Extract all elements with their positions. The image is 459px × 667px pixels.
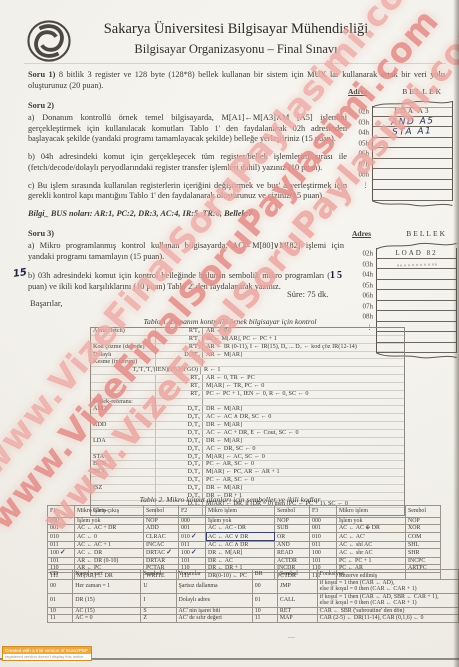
- memory-row: 02hLDA A3: [344, 106, 453, 117]
- cdbr-cell: MAP: [277, 615, 317, 622]
- table2-cell: 100: [310, 549, 337, 558]
- table1-row: ADDD₁T₄DR ← M[AR]: [91, 421, 404, 429]
- cdbr-cell: U: [141, 580, 176, 594]
- cdbr-row: 11AC = 0ZAC' de sıfır değeri11MAPCAR (2-…: [48, 615, 459, 622]
- table1-label: Kod çözme (decode): [91, 344, 156, 351]
- table1-label: STA: [91, 454, 156, 461]
- table1-label: BSA: [91, 469, 156, 476]
- cdbr-cell: if koşul = 1 then (CAR ← AD, SBR ← CAR +…: [317, 593, 458, 607]
- cdbr-cell: AC' de sıfır değeri: [176, 615, 252, 622]
- table1-signal: D₆T₅: [156, 493, 203, 500]
- exam-paper: www.VizeFinalSoruPaylasimi.com www.VizeF…: [0, 0, 459, 667]
- table1-label: ADD: [91, 422, 156, 429]
- university-logo-icon: [26, 19, 72, 63]
- table2-row: 001AC ← AC + DRADD001AC ← AC - DRSUB001A…: [48, 525, 441, 532]
- table1-signal: D₂T₅: [156, 446, 203, 453]
- table1-operation: M[AR] ← TR, PC ← 0: [203, 383, 404, 390]
- table1-operation: AR ← IR (0-11), I ← IR(15), D₀ ... D₇ ← …: [203, 344, 404, 351]
- table2-cell: İşlem yok: [206, 518, 275, 525]
- memory-cell: [376, 259, 457, 270]
- question-2c-text: c) Bu işlem sırasında kullanılan registe…: [28, 181, 347, 203]
- table2-header: Mikro işlem: [75, 506, 144, 518]
- table1-signal: D₇'IT₃: [156, 352, 203, 359]
- cdbr-cell: 01: [252, 593, 277, 607]
- memory-row: 07h: [344, 159, 453, 170]
- table1-row: D₅T₅PC ← AR, SC ← 0: [91, 476, 404, 484]
- table1-row: R'T₁IR ← M[AR], PC ← PC + 1: [91, 335, 404, 343]
- cdbr-cell: CAR (2-5) ← DR(11-14), CAR (0,1,6) ← 0: [317, 615, 458, 622]
- trial-version-notice: Created with a trial version of Scan2PDF…: [2, 646, 92, 661]
- condition-branch-table: CDKoşul - şartSembolYorumlarBRSembolFonk…: [47, 569, 459, 623]
- table2-cell: OR: [275, 532, 310, 541]
- header-divider: [24, 63, 446, 64]
- table1-signal: [156, 359, 203, 366]
- memory-value: LOAD 82: [395, 249, 437, 257]
- table1-signal: RT₂: [156, 391, 203, 398]
- table2-header: F1: [48, 506, 75, 518]
- table1-label: [91, 391, 156, 398]
- table1-operation: IR ← M[AR], PC ← PC + 1: [203, 336, 404, 343]
- table2-cell: PC ← PC + 1: [337, 557, 406, 564]
- table1-label: [91, 375, 156, 382]
- table1-operation: AR ← PC: [203, 328, 404, 335]
- adres-label: Adres: [348, 87, 367, 96]
- table2-cell: ACTDR: [275, 557, 310, 564]
- memory-value: LDA A3: [395, 107, 431, 115]
- memory-address: [344, 192, 372, 203]
- scan-edge-right: [453, 0, 459, 667]
- cdbr-cell: CAR ← SBR ('subroutine' den dön): [317, 607, 458, 614]
- memory-table-q3-header: Adres BELLEK: [348, 229, 457, 238]
- memory-row: ⋮: [344, 180, 453, 191]
- table1-operation: DR ← M[AR]: [203, 438, 404, 445]
- table2-cell: NOP: [275, 518, 310, 525]
- table1-operation: PC ← AR, SC ← 0: [203, 477, 404, 484]
- table1-signal: D₅T₅: [156, 477, 203, 484]
- table1-row: Kesme (interrupt): [91, 358, 404, 366]
- table1-label: [91, 336, 156, 343]
- memory-cell: LDA A3: [372, 106, 453, 117]
- table2-cell: AC ← AC ∧ DR: [206, 541, 275, 548]
- table1-row: D₀T₅AC ← AC ∧ DR, SC ← 0: [91, 413, 404, 421]
- table2-cell: 101: [310, 557, 337, 564]
- memory-address: 04h: [348, 271, 376, 282]
- table2-row: 100✓AC ← DRDRTAC✓100✓DR ← M[AR]READ100AC…: [48, 549, 441, 558]
- question-3-label: Soru 3): [28, 229, 344, 240]
- table1-signal: D₁T₅: [156, 430, 203, 437]
- table2-cell: İşlem yok: [75, 518, 144, 525]
- handwritten-points-mark: 15: [330, 270, 344, 281]
- table2-cell: XOR: [406, 525, 441, 532]
- table1-operation: AC ← DR, SC ← 0: [203, 446, 404, 453]
- memory-row: 05h: [348, 280, 457, 291]
- table1-operation: PC ← AR, SC ← 0: [203, 461, 404, 468]
- table1-label: Bellek-referans:: [91, 399, 156, 406]
- table2-cell: 100✓: [179, 549, 206, 558]
- question-3a-text: a) Mikro programlanmış kontrol kullanan …: [28, 241, 344, 263]
- cdbr-cell: 10: [252, 607, 277, 614]
- table1-row: RT₂PC ← PC + 1, IEN ← 0, R ← 0, SC ← 0: [91, 390, 404, 398]
- table2-cell: 000: [179, 518, 206, 525]
- table1-signal: D₅T₄: [156, 469, 203, 476]
- trial-notice-line1: Created with a trial version of Scan2PDF: [3, 647, 91, 654]
- wave-border-bottom: [372, 200, 453, 210]
- memory-row: 08h: [348, 311, 457, 322]
- cdbr-header: Sembol: [277, 570, 317, 580]
- table1-label: [91, 383, 156, 390]
- table1-operation: M[AR] ← AC, SC ← 0: [203, 454, 404, 461]
- table2-cell: SHL: [406, 541, 441, 548]
- table1-row: DolaylıD₇'IT₃AR ← M[AR]: [91, 351, 404, 359]
- table1-signal: D₀T₅: [156, 414, 203, 421]
- table2-cell: AC ← AC': [337, 532, 406, 541]
- table2-cell: AC ← AC - DR: [206, 525, 275, 532]
- memory-cell: [372, 180, 453, 191]
- table2-cell: AC ← AC ∨ DR: [206, 532, 275, 541]
- memory-address: 07h: [348, 302, 376, 313]
- table2-header: Sembol: [406, 506, 441, 518]
- memory-row: 07h: [348, 301, 457, 312]
- table2-cell: NOP: [144, 518, 179, 525]
- table1-row: RT₁M[AR] ← TR, PC ← 0: [91, 382, 404, 390]
- table1-signal: D₃T₄: [156, 454, 203, 461]
- memory-row: 08h: [344, 169, 453, 180]
- table2-cell: CLRAC: [144, 532, 179, 541]
- memory-row: 04hSTA A1: [344, 127, 453, 138]
- cdbr-header: Fonksiyon: [317, 570, 458, 580]
- memory-cell: [372, 138, 453, 149]
- table1-operation: DR ← M[AR]: [203, 422, 404, 429]
- table2-cell: 101: [48, 557, 75, 564]
- handwritten-check-mark: ✓: [191, 532, 197, 540]
- trial-notice-line2: registered version doesn't display this …: [3, 654, 91, 660]
- cdbr-header: Yorumlar: [176, 570, 252, 580]
- memory-cell: STA A1: [372, 127, 453, 138]
- cdbr-cell: Her zaman = 1: [73, 580, 141, 594]
- memory-address: 07h: [344, 160, 372, 171]
- cdbr-cell: 11: [252, 615, 277, 622]
- table2-row: 011AC ← AC + 1INCAC011AC ← AC ∧ DRAND011…: [48, 541, 441, 548]
- table2-cell: İşlem yok: [337, 518, 406, 525]
- memory-address: 02h: [344, 108, 372, 119]
- table2-cell: 011: [310, 541, 337, 548]
- table1-signal: D₄T₄: [156, 461, 203, 468]
- memory-row: 03hAND A5: [344, 117, 453, 128]
- table1-label: [91, 446, 156, 453]
- table1-signal: RT₁: [156, 383, 203, 390]
- memory-address: 02h: [348, 250, 376, 261]
- memory-cell: LOAD 82: [376, 248, 457, 259]
- table2-header: Mikro işlem: [206, 506, 275, 518]
- cdbr-cell: 00: [48, 580, 73, 594]
- table2-cell: AC ← AC + 1: [75, 541, 144, 548]
- cdbr-header: CD: [48, 570, 73, 580]
- cdbr-cell: AC (15): [73, 607, 141, 614]
- table1-label: Dolaylı: [91, 352, 156, 359]
- table2-cell: ADD: [144, 525, 179, 532]
- table2-cell: 001: [48, 525, 75, 532]
- cdbr-cell: 00: [252, 580, 277, 594]
- question-2b-text: b) 04h adresindeki komut için gerçekleşe…: [28, 152, 347, 174]
- memory-cell: AND A5: [372, 117, 453, 128]
- cdbr-row: 00Her zaman = 1UŞartsız dallanma00JMPif …: [48, 580, 459, 594]
- cdbr-header-row: CDKoşul - şartSembolYorumlarBRSembolFonk…: [48, 570, 459, 580]
- table1-label: ISZ: [91, 485, 156, 492]
- memory-address: 05h: [344, 139, 372, 150]
- table1-signal: R'T₂: [156, 344, 203, 351]
- table2-cell: AC ← 0: [75, 532, 144, 541]
- table1-row: Bellek-referans:: [91, 398, 404, 406]
- table2-cell: AC ← AC + DR: [75, 525, 144, 532]
- memory-row: 06h: [348, 290, 457, 301]
- table1-row: RT₀AR ← 0, TR ← PC: [91, 374, 404, 382]
- memory-cell: [372, 169, 453, 180]
- table1-row: Kod çözme (decode)R'T₂AR ← IR (0-11), I …: [91, 343, 404, 351]
- table1-signal: T₀'T₁'T₂'(IEN)(FGI+FGO): [91, 367, 201, 374]
- table1-row: D₆T₅DR ← DR + 1: [91, 492, 404, 500]
- memory-address: 06h: [348, 292, 376, 303]
- table2-cell: 001: [310, 525, 337, 532]
- memory-table-q2: Adres BELLEK 02hLDA A303hAND A504hSTA A1…: [344, 87, 453, 210]
- memory-row: 04h: [348, 269, 457, 280]
- memory-cell: [376, 301, 457, 312]
- memory-table-q2-header: Adres BELLEK: [344, 87, 453, 96]
- memory-cell: [372, 148, 453, 159]
- cdbr-cell: RET: [277, 607, 317, 614]
- table1-row: BSAD₅T₄M[AR] ← PC, AR ← AR + 1: [91, 468, 404, 476]
- memory-row: 03h: [348, 259, 457, 270]
- cdbr-header: BR: [252, 570, 277, 580]
- table2-row: 000İşlem yokNOP000İşlem yokNOP000İşlem y…: [48, 518, 441, 525]
- table1-label: [91, 430, 156, 437]
- table1-signal: R'T₀: [156, 328, 203, 335]
- table1-operation: R ← 1: [201, 367, 404, 374]
- handwritten-check-mark: ✓: [60, 548, 66, 556]
- table1-operation: DR ← DR + 1: [203, 493, 404, 500]
- adres-label: Adres: [352, 229, 371, 238]
- question-2: Soru 2) a) Donanım kontrollü örnek temel…: [28, 101, 347, 220]
- table1-row: ANDD₀T₄DR ← M[AR]: [91, 405, 404, 413]
- table2-header: Sembol: [275, 506, 310, 518]
- memory-address: 08h: [344, 171, 372, 182]
- table1-label: LDA: [91, 438, 156, 445]
- table2-header-row: F1Mikro işlemSembolF2Mikro işlemSembolF3…: [48, 506, 441, 518]
- table2-cell: AC ← shr AC: [337, 549, 406, 558]
- memory-cell: [376, 290, 457, 301]
- cdbr-cell: if koşul = 1 then (CAR ← AD), else if ko…: [317, 580, 458, 594]
- cdbr-cell: 11: [48, 615, 73, 622]
- table1-label: BUN: [91, 461, 156, 468]
- table1-label: Kesme (interrupt): [91, 359, 156, 366]
- cdbr-cell: CALL: [277, 593, 317, 607]
- memory-address: 03h: [344, 118, 372, 129]
- memory-address: ⋮: [344, 181, 372, 192]
- page-subtitle: Bilgisayar Organizasyonu – Final Sınavı: [78, 42, 394, 57]
- table1-signal: D₆T₄: [156, 485, 203, 492]
- control-table-1: Alma (fetch)R'T₀AR ← PCR'T₁IR ← M[AR], P…: [90, 327, 405, 516]
- memory-rows: 02hLDA A303hAND A504hSTA A105h06h07h08h⋮: [344, 106, 453, 201]
- table2-cell: DRTAR: [144, 557, 179, 564]
- memory-address: 05h: [348, 281, 376, 292]
- table1-operation: DR ← M[AR]: [203, 406, 404, 413]
- table2-cell: INCPC: [406, 557, 441, 564]
- cdbr-cell: Dolaylı adres: [176, 593, 252, 607]
- table1-label: AND: [91, 406, 156, 413]
- memory-row: 06h: [344, 148, 453, 159]
- question-2a-text: a) Donanım kontrollü örnek temel bilgisa…: [28, 113, 347, 145]
- table2-cell: 010: [310, 532, 337, 541]
- table1-row: D₁T₅AC ← AC + DR, E ← Cout, SC ← 0: [91, 429, 404, 437]
- table2-row: 101AR ← DR (0-10)DRTAR101DR ← ACACTDR101…: [48, 557, 441, 564]
- question-2-label: Soru 2): [28, 101, 347, 112]
- table1-row: Alma (fetch)R'T₀AR ← PC: [91, 328, 404, 335]
- memory-cell: [372, 190, 453, 201]
- table1-label: [91, 414, 156, 421]
- table1-label: Alma (fetch): [91, 328, 156, 335]
- table2-cell: AND: [275, 541, 310, 548]
- table1-signal: [156, 399, 203, 406]
- table1-row: BUND₄T₄PC ← AR, SC ← 0: [91, 460, 404, 468]
- table2-cell: DR ← AC: [206, 557, 275, 564]
- table2-cell: SHR: [406, 549, 441, 558]
- handwritten-value: AND A5: [391, 117, 435, 128]
- table2-cell: DR ← M[AR]: [206, 549, 275, 558]
- handwritten-check-mark: ✓: [166, 548, 172, 556]
- cdbr-row: 01DR (15)IDolaylı adres01CALLif koşul = …: [48, 593, 459, 607]
- table1-signal: D₁T₄: [156, 422, 203, 429]
- table1-operation: DR ← M[AR]: [203, 485, 404, 492]
- table1-signal: D₂T₄: [156, 438, 203, 445]
- table1-signal: R'T₁: [156, 336, 203, 343]
- handwritten-margin-note: 15: [12, 267, 27, 280]
- memory-cell: [376, 311, 457, 322]
- table1-signal: D₀T₄: [156, 406, 203, 413]
- memory-row: [344, 190, 453, 201]
- table1-row: T₀'T₁'T₂'(IEN)(FGI+FGO)R ← 1: [91, 366, 404, 374]
- memory-cell: [372, 159, 453, 170]
- cdbr-cell: AC = 0: [73, 615, 141, 622]
- table2-cell: 000: [310, 518, 337, 525]
- cdbr-cell: I: [141, 593, 176, 607]
- table1-operation: AC ← AC ∧ DR, SC ← 0: [203, 414, 404, 421]
- cdbr-cell: 01: [48, 593, 73, 607]
- table2-cell: 010: [48, 532, 75, 541]
- table1-row: ISZD₆T₄DR ← M[AR]: [91, 484, 404, 492]
- table2-cell: SUB: [275, 525, 310, 532]
- table1-operation: AR ← 0, TR ← PC: [203, 375, 404, 382]
- cdbr-cell: Şartsız dallanma: [176, 580, 252, 594]
- cdbr-row: 10AC (15)SAC' nin işaret biti10RETCAR ← …: [48, 607, 459, 614]
- table1-row: STAD₃T₄M[AR] ← AC, SC ← 0: [91, 453, 404, 461]
- faint-pencil-mark: [396, 259, 436, 266]
- cdbr-cell: JMP: [277, 580, 317, 594]
- duration-text: Süre: 75 dk.: [287, 289, 328, 299]
- table1-signal: RT₀: [156, 375, 203, 382]
- memory-row: 02hLOAD 82: [348, 248, 457, 259]
- cdbr-header: Sembol: [141, 570, 176, 580]
- footer-mark: —: [288, 633, 295, 641]
- memory-row: 05h: [344, 138, 453, 149]
- memory-address: 04h: [344, 129, 372, 140]
- table1-operation: PC ← PC + 1, IEN ← 0, R ← 0, SC ← 0: [203, 391, 404, 398]
- table1-operation: M[AR] ← PC, AR ← AR + 1: [203, 469, 404, 476]
- question-1-label: Soru 1): [28, 70, 55, 79]
- table2-cell: AR ← DR (0-10): [75, 557, 144, 564]
- table2-cell: READ: [275, 549, 310, 558]
- page-title: Sakarya Üniversitesi Bilgisayar Mühendis…: [78, 21, 394, 38]
- table2-header: F2: [179, 506, 206, 518]
- table1-operation: AR ← M[AR]: [203, 352, 404, 359]
- table2-cell: COM: [406, 532, 441, 541]
- bus-info-note: Bilgi_ BUS noları: AR:1, PC:2, DR:3, AC:…: [28, 209, 347, 220]
- table2-header: Mikro işlem: [337, 506, 406, 518]
- table2-cell: 000: [48, 518, 75, 525]
- table2-cell: DRTAC✓: [144, 549, 179, 558]
- table1-row: D₂T₅AC ← DR, SC ← 0: [91, 445, 404, 453]
- bellek-label: BELLEK: [406, 229, 447, 238]
- table1-row: LDAD₂T₄DR ← M[AR]: [91, 437, 404, 445]
- memory-cell: [376, 269, 457, 280]
- memory-address: 06h: [344, 150, 372, 161]
- table2-cell: 101: [179, 557, 206, 564]
- table2-cell: AC ← AC ⊕ DR: [337, 525, 406, 532]
- memory-address: 08h: [348, 313, 376, 324]
- bellek-label: BELLEK: [402, 87, 443, 96]
- cdbr-cell: AC' nin işaret biti: [176, 607, 252, 614]
- table2-cell: 010✓: [179, 532, 206, 541]
- cdbr-header: Koşul - şart: [73, 570, 141, 580]
- table2-cell: 100✓: [48, 549, 75, 558]
- table1-operation: AC ← AC + DR, E ← Cout, SC ← 0: [203, 430, 404, 437]
- table2-cell: AC ← shl AC: [337, 541, 406, 548]
- table2-cell: NOP: [406, 518, 441, 525]
- table1-label: [91, 477, 156, 484]
- table2-header: F3: [310, 506, 337, 518]
- handwritten-check-mark: ✓: [191, 548, 197, 556]
- memory-address: 03h: [348, 260, 376, 271]
- table2-header: Sembol: [144, 506, 179, 518]
- good-luck-text: Başarılar,: [30, 298, 62, 308]
- table2-row: 010AC ← 0CLRAC010✓AC ← AC ∨ DROR010AC ← …: [48, 532, 441, 541]
- cdbr-cell: S: [141, 607, 176, 614]
- handwritten-value: STA A1: [392, 127, 433, 138]
- table2-cell: INCAC: [144, 541, 179, 548]
- cdbr-cell: Z: [141, 615, 176, 622]
- table2-cell: AC ← DR: [75, 549, 144, 558]
- memory-cell: [376, 280, 457, 291]
- cdbr-cell: 10: [48, 607, 73, 614]
- table1-label: [91, 493, 156, 500]
- cdbr-cell: DR (15): [73, 593, 141, 607]
